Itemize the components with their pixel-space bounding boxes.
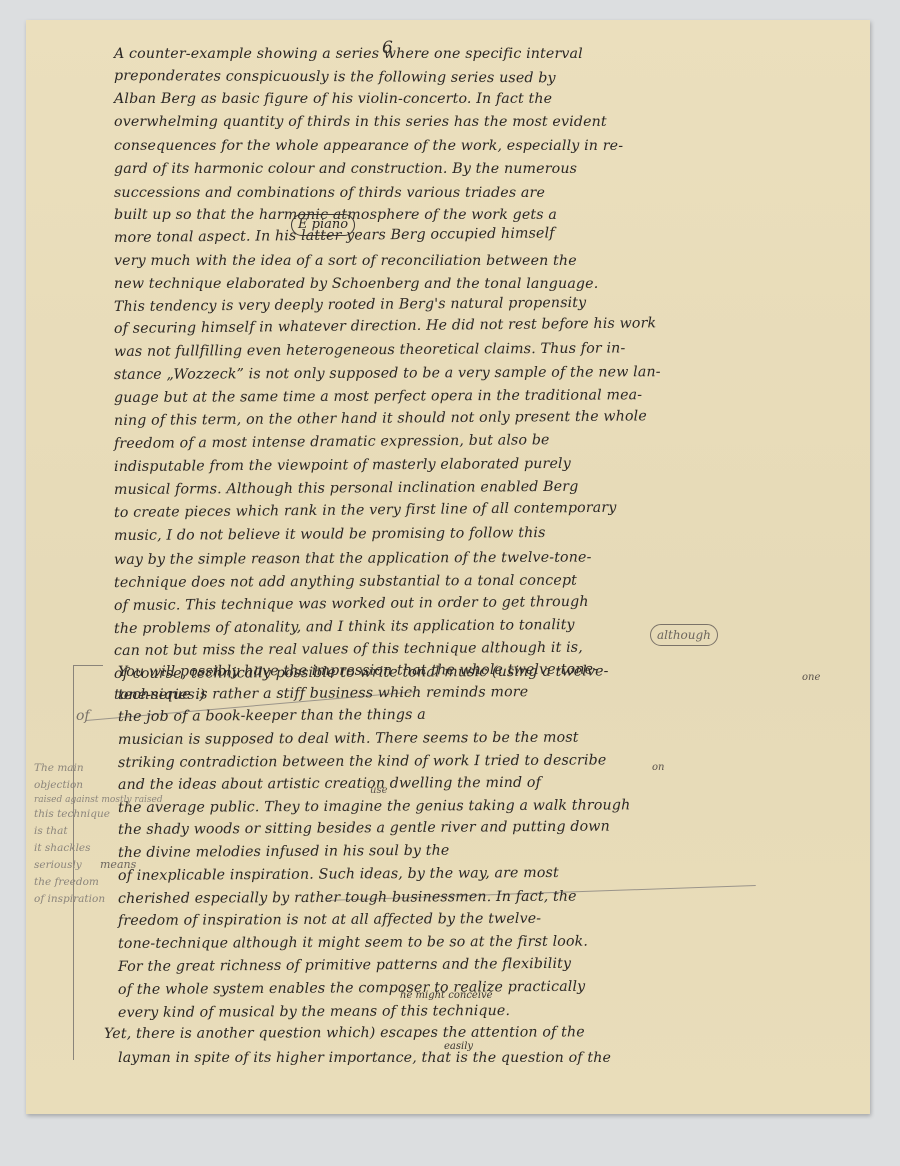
text-line: to create pieces which rank in the very …	[114, 497, 854, 521]
text-line: every kind of musical by the means of th…	[118, 1001, 858, 1021]
text-line: can not but miss the real values of this…	[114, 638, 854, 659]
text-line: guage but at the same time a most perfec…	[114, 386, 854, 406]
text-line: the divine melodies infused in his soul …	[118, 840, 858, 861]
text-line: the shady woods or sitting besides a gen…	[118, 817, 858, 838]
insertion-use: use	[370, 785, 388, 796]
text-line: the problems of atonality, and I think i…	[114, 615, 854, 637]
pencil-circled-insertion: although	[650, 624, 718, 646]
circled-annotation-e-piano: E piano	[291, 214, 355, 236]
text-line: new technique elaborated by Schoenberg a…	[114, 276, 854, 292]
text-line: cherished especially by rather tough bus…	[118, 887, 858, 907]
text-line: of securing himself in whatever directio…	[114, 313, 854, 337]
pencil-margin-note: The main objection raised against mostly…	[34, 760, 144, 908]
text-line: way by the simple reason that the applic…	[114, 548, 854, 568]
insertion-on: on	[652, 762, 664, 773]
text-line: built up so that the harmonic atmosphere…	[114, 207, 854, 223]
text-line: stance „Wozzeck” is not only supposed to…	[114, 363, 854, 383]
text-line: gard of its harmonic colour and construc…	[114, 161, 854, 177]
margin-note-line: objection	[34, 777, 144, 794]
text-line: A counter-example showing a series where…	[114, 46, 854, 62]
margin-note-line: The main	[34, 760, 144, 777]
text-line: tone-technique although it might seem to…	[118, 932, 858, 952]
text-line: more tonal aspect. In his latter years B…	[114, 222, 854, 246]
pencil-bracket-top	[73, 665, 103, 666]
text-line: very much with the idea of a sort of rec…	[114, 253, 854, 269]
text-line: of inexplicable inspiration. Such ideas,…	[118, 863, 858, 884]
text-line: musical forms. Although this personal in…	[114, 477, 854, 498]
margin-mark-of: of	[76, 708, 90, 724]
insertion-he-might-conceive: he might conceive	[400, 990, 493, 1001]
text-line: preponderates conspicuously is the follo…	[114, 68, 854, 88]
insertion-one: one	[802, 672, 820, 683]
text-line: music, I do not believe it would be prom…	[114, 523, 854, 544]
text-line: ning of this term, on the other hand it …	[114, 407, 854, 429]
text-line: successions and combinations of thirds v…	[114, 185, 854, 201]
text-line: For the great richness of primitive patt…	[118, 954, 858, 975]
text-line: freedom of a most intense dramatic expre…	[114, 430, 854, 452]
text-line: Alban Berg as basic figure of his violin…	[114, 91, 854, 107]
insertion-easily: easily	[444, 1041, 473, 1052]
text-line: striking contradiction between the kind …	[118, 751, 858, 771]
text-line: musician is supposed to deal with. There…	[118, 728, 858, 748]
margin-note-line: of inspiration	[34, 891, 144, 908]
text-line: consequences for the whole appearance of…	[114, 138, 854, 154]
margin-note-line: it shackles	[34, 840, 144, 857]
text-line: and the ideas about artistic creation dw…	[118, 773, 858, 793]
text-line: of music. This technique was worked out …	[114, 592, 854, 614]
text-line: Yet, there is another question which) es…	[104, 1023, 844, 1042]
text-line: layman in spite of its higher importance…	[118, 1050, 858, 1066]
text-line: technique does not add anything substant…	[114, 571, 854, 591]
margin-note-line: is that	[34, 823, 144, 840]
margin-note-line: the freedom	[34, 874, 144, 891]
text-line: freedom of inspiration is not at all aff…	[118, 909, 858, 929]
text-line: indisputable from the viewpoint of maste…	[114, 454, 854, 475]
margin-note-line: this technique	[34, 806, 144, 823]
margin-note-line: raised against mostly raised	[34, 794, 144, 806]
text-line: This tendency is very deeply rooted in B…	[114, 293, 854, 315]
margin-note-line: seriously	[34, 857, 144, 874]
text-line: was not fullfilling even heterogeneous t…	[114, 339, 854, 360]
manuscript-page: 6 A counter-example showing a series whe…	[26, 20, 870, 1114]
text-line: the average public. They to imagine the …	[118, 796, 858, 816]
text-line: overwhelming quantity of thirds in this …	[114, 114, 854, 130]
